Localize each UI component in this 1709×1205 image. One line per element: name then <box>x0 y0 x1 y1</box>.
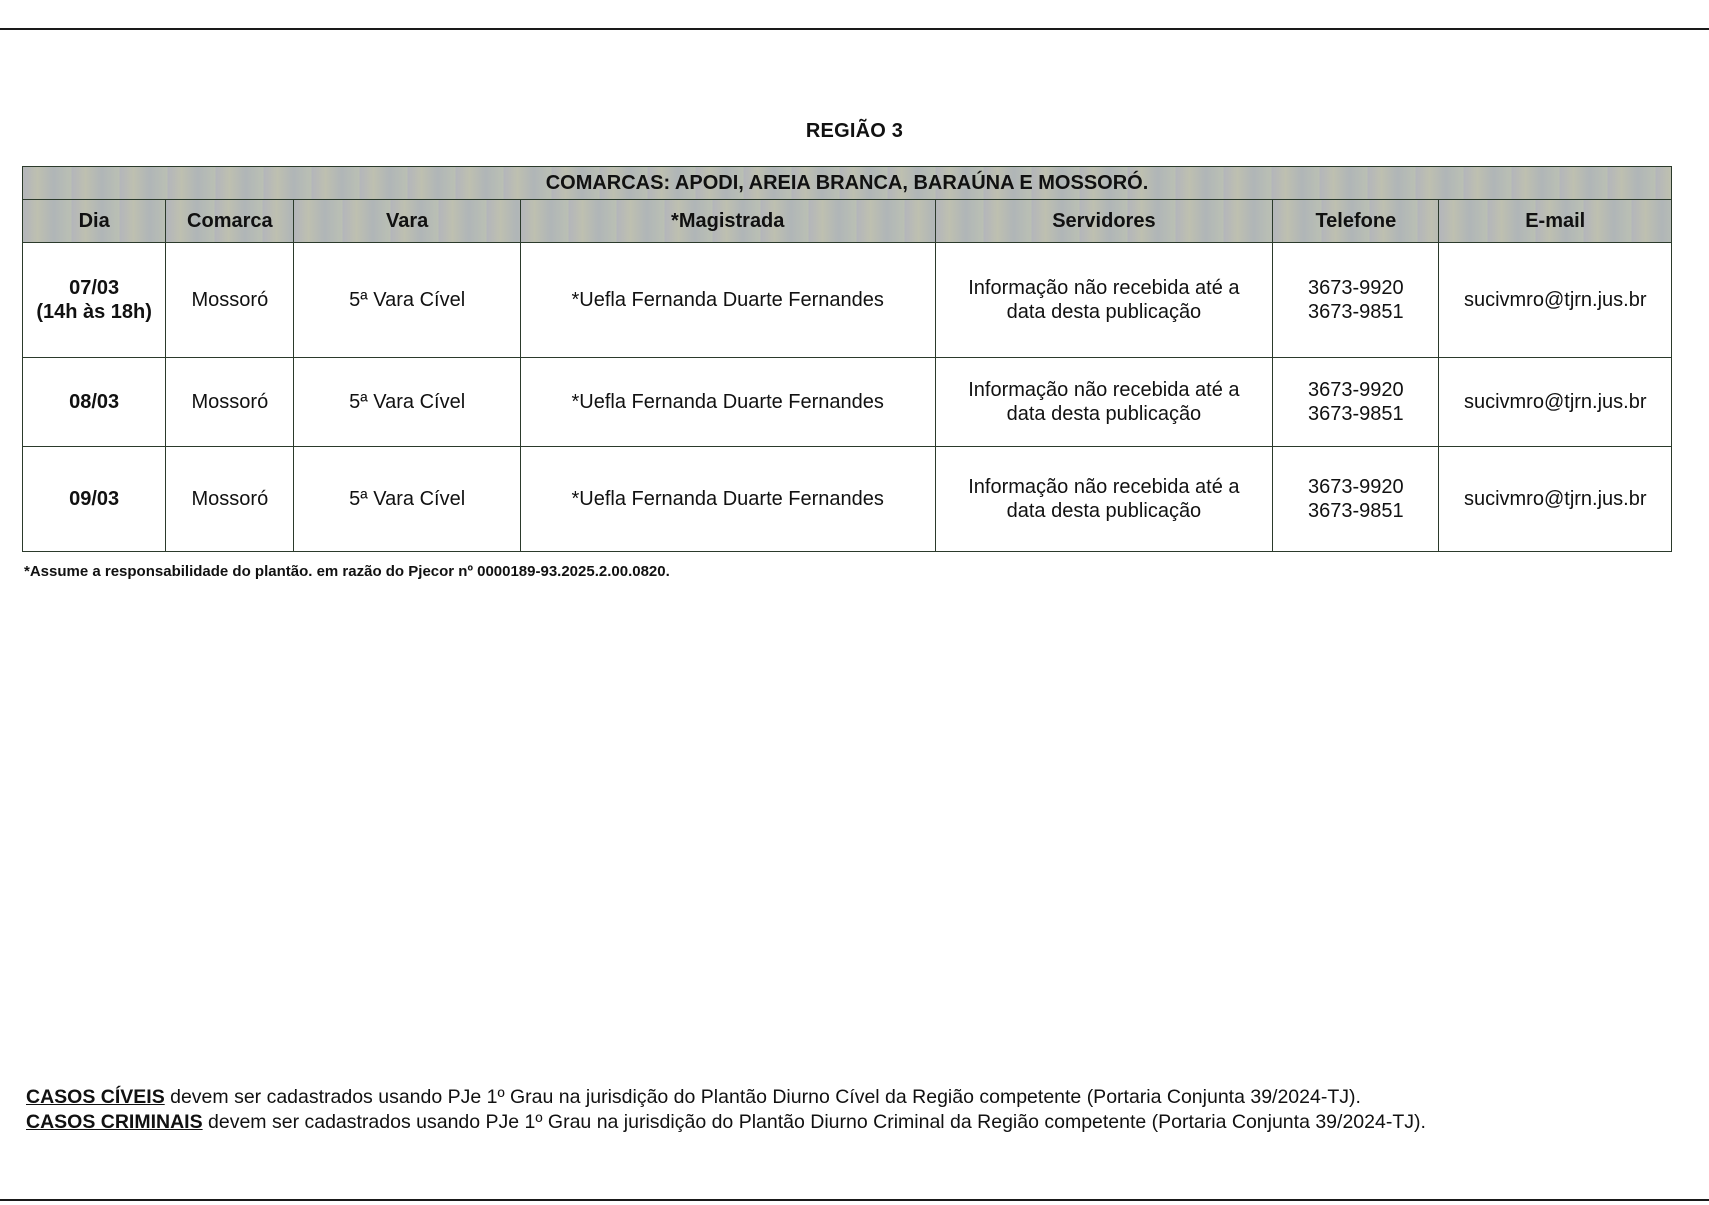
cell-telefone: 3673-9920 3673-9851 <box>1273 447 1439 552</box>
note-text: devem ser cadastrados usando PJe 1º Grau… <box>203 1111 1426 1133</box>
cell-email: sucivmro@tjrn.jus.br <box>1439 358 1672 447</box>
comarcas-banner: COMARCAS: APODI, AREIA BRANCA, BARAÚNA E… <box>23 167 1672 200</box>
col-header-magistrada: *Magistrada <box>520 200 935 243</box>
cell-magistrada: *Uefla Fernanda Duarte Fernandes <box>520 358 935 447</box>
phone-number: 3673-9851 <box>1279 499 1432 523</box>
footnote: *Assume a responsabilidade do plantão. e… <box>24 563 670 580</box>
table-banner-row: COMARCAS: APODI, AREIA BRANCA, BARAÚNA E… <box>23 167 1672 200</box>
phone-number: 3673-9920 <box>1279 276 1432 300</box>
col-header-telefone: Telefone <box>1273 200 1439 243</box>
cell-servidores: Informação não recebida até a data desta… <box>935 243 1273 358</box>
table-row: 07/03 (14h às 18h) Mossoró 5ª Vara Cível… <box>23 243 1672 358</box>
cell-servidores: Informação não recebida até a data desta… <box>935 447 1273 552</box>
region-title: REGIÃO 3 <box>0 120 1709 143</box>
schedule-table: COMARCAS: APODI, AREIA BRANCA, BARAÚNA E… <box>22 166 1672 552</box>
servidores-line: Informação não recebida até a <box>942 475 1267 499</box>
phone-number: 3673-9851 <box>1279 402 1432 426</box>
servidores-line: data desta publicação <box>942 300 1267 324</box>
cell-servidores: Informação não recebida até a data desta… <box>935 358 1273 447</box>
phone-number: 3673-9920 <box>1279 378 1432 402</box>
cell-vara: 5ª Vara Cível <box>294 243 520 358</box>
bottom-rule <box>0 1199 1709 1201</box>
cell-vara: 5ª Vara Cível <box>294 358 520 447</box>
cell-dia: 08/03 <box>23 358 166 447</box>
cell-magistrada: *Uefla Fernanda Duarte Fernandes <box>520 243 935 358</box>
col-header-comarca: Comarca <box>166 200 294 243</box>
note-civeis: CASOS CÍVEIS devem ser cadastrados usand… <box>26 1085 1426 1110</box>
cell-email: sucivmro@tjrn.jus.br <box>1439 243 1672 358</box>
table-row: 08/03 Mossoró 5ª Vara Cível *Uefla Ferna… <box>23 358 1672 447</box>
note-text: devem ser cadastrados usando PJe 1º Grau… <box>165 1086 1361 1108</box>
table-header-row: Dia Comarca Vara *Magistrada Servidores … <box>23 200 1672 243</box>
cell-dia: 09/03 <box>23 447 166 552</box>
cell-comarca: Mossoró <box>166 447 294 552</box>
table-row: 09/03 Mossoró 5ª Vara Cível *Uefla Ferna… <box>23 447 1672 552</box>
servidores-line: data desta publicação <box>942 402 1267 426</box>
dia-hours: (14h às 18h) <box>29 300 159 324</box>
note-label: CASOS CÍVEIS <box>26 1086 165 1108</box>
cell-comarca: Mossoró <box>166 358 294 447</box>
cell-telefone: 3673-9920 3673-9851 <box>1273 243 1439 358</box>
phone-number: 3673-9851 <box>1279 300 1432 324</box>
note-criminais: CASOS CRIMINAIS devem ser cadastrados us… <box>26 1110 1426 1135</box>
servidores-line: Informação não recebida até a <box>942 378 1267 402</box>
col-header-vara: Vara <box>294 200 520 243</box>
notes-section: CASOS CÍVEIS devem ser cadastrados usand… <box>26 1085 1426 1135</box>
servidores-line: Informação não recebida até a <box>942 276 1267 300</box>
cell-dia: 07/03 (14h às 18h) <box>23 243 166 358</box>
phone-number: 3673-9920 <box>1279 475 1432 499</box>
top-rule <box>0 28 1709 30</box>
cell-email: sucivmro@tjrn.jus.br <box>1439 447 1672 552</box>
dia-date: 07/03 <box>29 276 159 300</box>
cell-vara: 5ª Vara Cível <box>294 447 520 552</box>
col-header-servidores: Servidores <box>935 200 1273 243</box>
servidores-line: data desta publicação <box>942 499 1267 523</box>
cell-telefone: 3673-9920 3673-9851 <box>1273 358 1439 447</box>
note-label: CASOS CRIMINAIS <box>26 1111 203 1133</box>
col-header-dia: Dia <box>23 200 166 243</box>
col-header-email: E-mail <box>1439 200 1672 243</box>
cell-comarca: Mossoró <box>166 243 294 358</box>
cell-magistrada: *Uefla Fernanda Duarte Fernandes <box>520 447 935 552</box>
